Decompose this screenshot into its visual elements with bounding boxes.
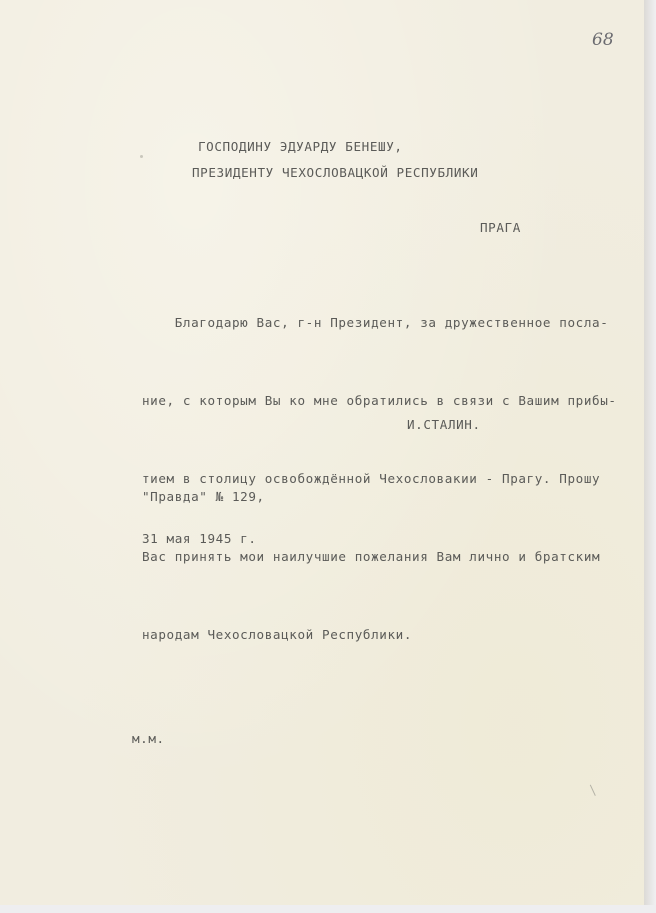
signature: И.СТАЛИН. <box>407 412 481 438</box>
page-number: 68 <box>592 30 614 50</box>
addressee-name: ГОСПОДИНУ ЭДУАРДУ БЕНЕШУ, <box>198 134 403 160</box>
document-page: 68 ГОСПОДИНУ ЭДУАРДУ БЕНЕШУ, ПРЕЗИДЕНТУ … <box>0 0 644 905</box>
addressee-title: ПРЕЗИДЕНТУ ЧЕХОСЛОВАЦКОЙ РЕСПУБЛИКИ <box>192 160 478 186</box>
body-line: ние, с которым Вы ко мне обратились в св… <box>142 388 617 414</box>
destination-city: ПРАГА <box>480 215 521 241</box>
publication-source: "Правда" № 129, 31 мая 1945 г. <box>142 462 265 574</box>
source-newspaper: "Правда" № 129, <box>142 490 265 504</box>
pencil-mark <box>590 782 601 796</box>
body-line: народам Чехословацкой Республики. <box>142 622 617 648</box>
scan-edge-right <box>644 0 656 913</box>
scan-edge-bottom <box>0 905 656 913</box>
typist-initials: м.м. <box>132 726 165 752</box>
paper-mark <box>140 155 143 158</box>
body-line: Благодарю Вас, г-н Президент, за дружест… <box>142 310 617 336</box>
source-date: 31 мая 1945 г. <box>142 532 265 546</box>
